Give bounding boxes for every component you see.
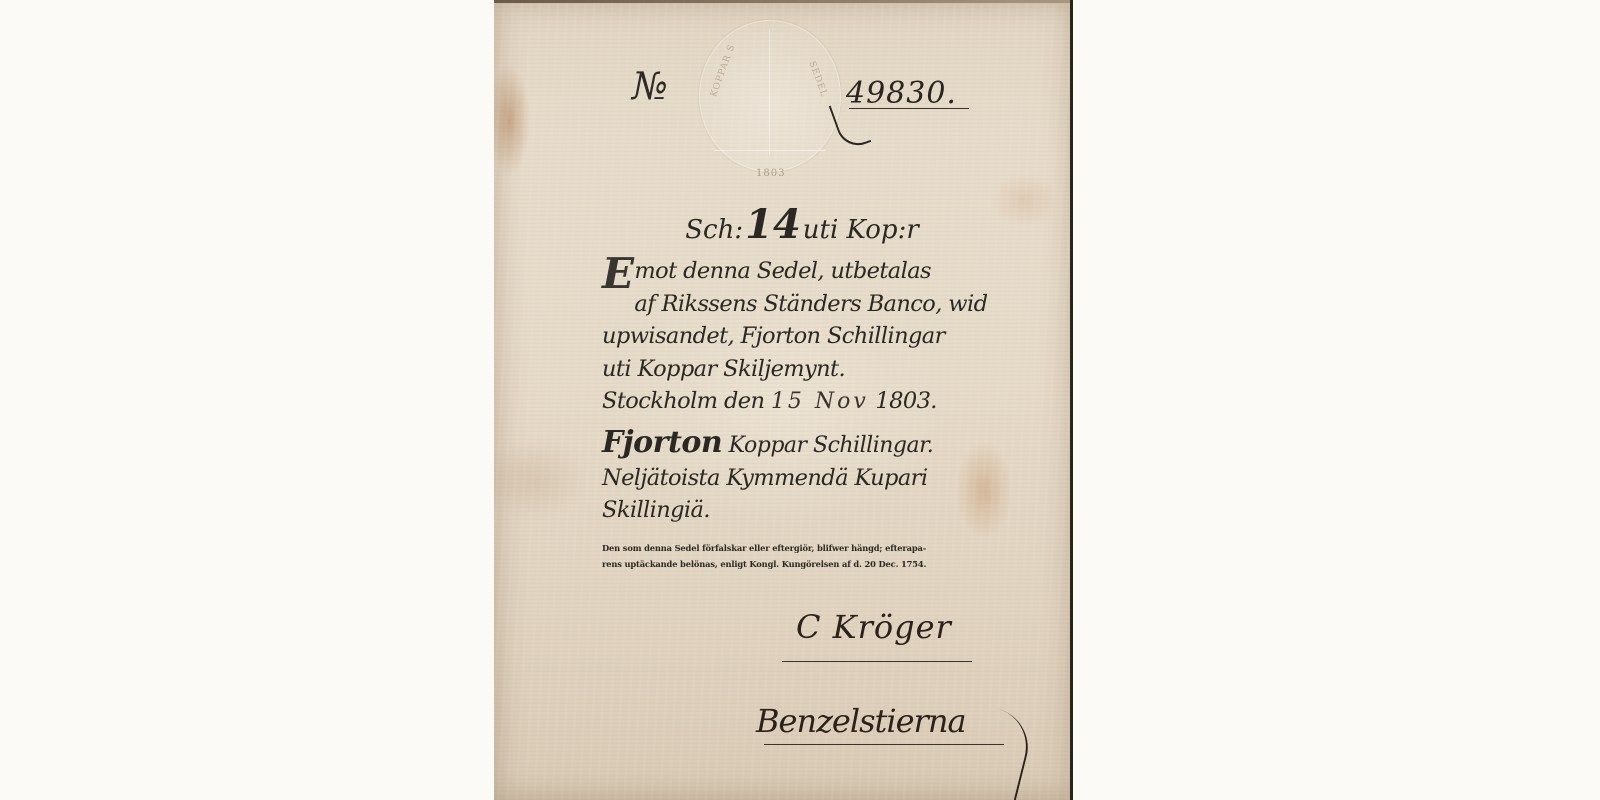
forgery-warning-line-1: Den som denna Sedel förfalskar eller eft… [602,540,974,556]
amount-swedish: Fjorton Koppar Schillingar. [602,427,982,462]
signature-second: Benzelstierna [756,702,966,740]
amount-finnish-1: Neljätoista Kymmendä Kupari [602,462,982,495]
watermark-base-line [714,150,826,151]
amount-finnish-2: Skillingiä. [602,494,982,527]
promise-line-1-text: mot denna Sedel, utbetalas [634,258,931,284]
forgery-warning-line-2: rens uptäckande belönas, enligt Kongl. K… [602,556,974,572]
forgery-warning: Den som denna Sedel förfalskar eller eft… [602,540,974,572]
watermark-year: 1803 [756,168,785,179]
note-right-edge [1070,0,1073,800]
serial-underline [849,108,969,109]
amount-word-rest: Koppar Schillingar. [729,433,934,458]
denomination-heading: Sch:14uti Kop:r [622,200,982,255]
note-body: Sch:14uti Kop:r Emot denna Sedel, utbeta… [602,200,982,527]
banknote: KOPPAR S SEDEL 1803 № 49830. Sch:14uti K… [494,0,1073,800]
issue-year: 1803. [875,388,936,414]
date-line: Stockholm den 15 Nov 1803. [602,385,982,419]
promise-line-2: af Rikssens Ständers Banco, wid [602,288,982,321]
serial-number: 49830. [846,76,957,111]
denomination-value: 14 [745,201,801,248]
note-top-edge [494,0,1073,3]
promise-line-1: Emot denna Sedel, utbetalas [602,255,982,288]
signature-second-line [764,744,1004,745]
denomination-prefix: Sch: [685,215,743,245]
signature-first: C Kröger [796,608,952,646]
place-prefix: Stockholm den [602,388,764,414]
denomination-suffix: uti Kop:r [803,215,919,245]
serial-label: № [632,64,668,108]
handwritten-date: 15 Nov [771,389,869,414]
promise-paragraph: Emot denna Sedel, utbetalas af Rikssens … [602,255,982,419]
promise-line-3: upwisandet, Fjorton Schillingar [602,320,982,353]
promise-line-4: uti Koppar Skiljemynt. [602,353,982,386]
watermark-ship-mast [769,30,770,155]
ornamental-dropcap: E [602,259,633,289]
amount-word-big: Fjorton [602,425,722,460]
signature-second-flourish [974,708,1037,800]
signature-first-line [782,661,972,662]
image-stage: KOPPAR S SEDEL 1803 № 49830. Sch:14uti K… [0,0,1600,800]
